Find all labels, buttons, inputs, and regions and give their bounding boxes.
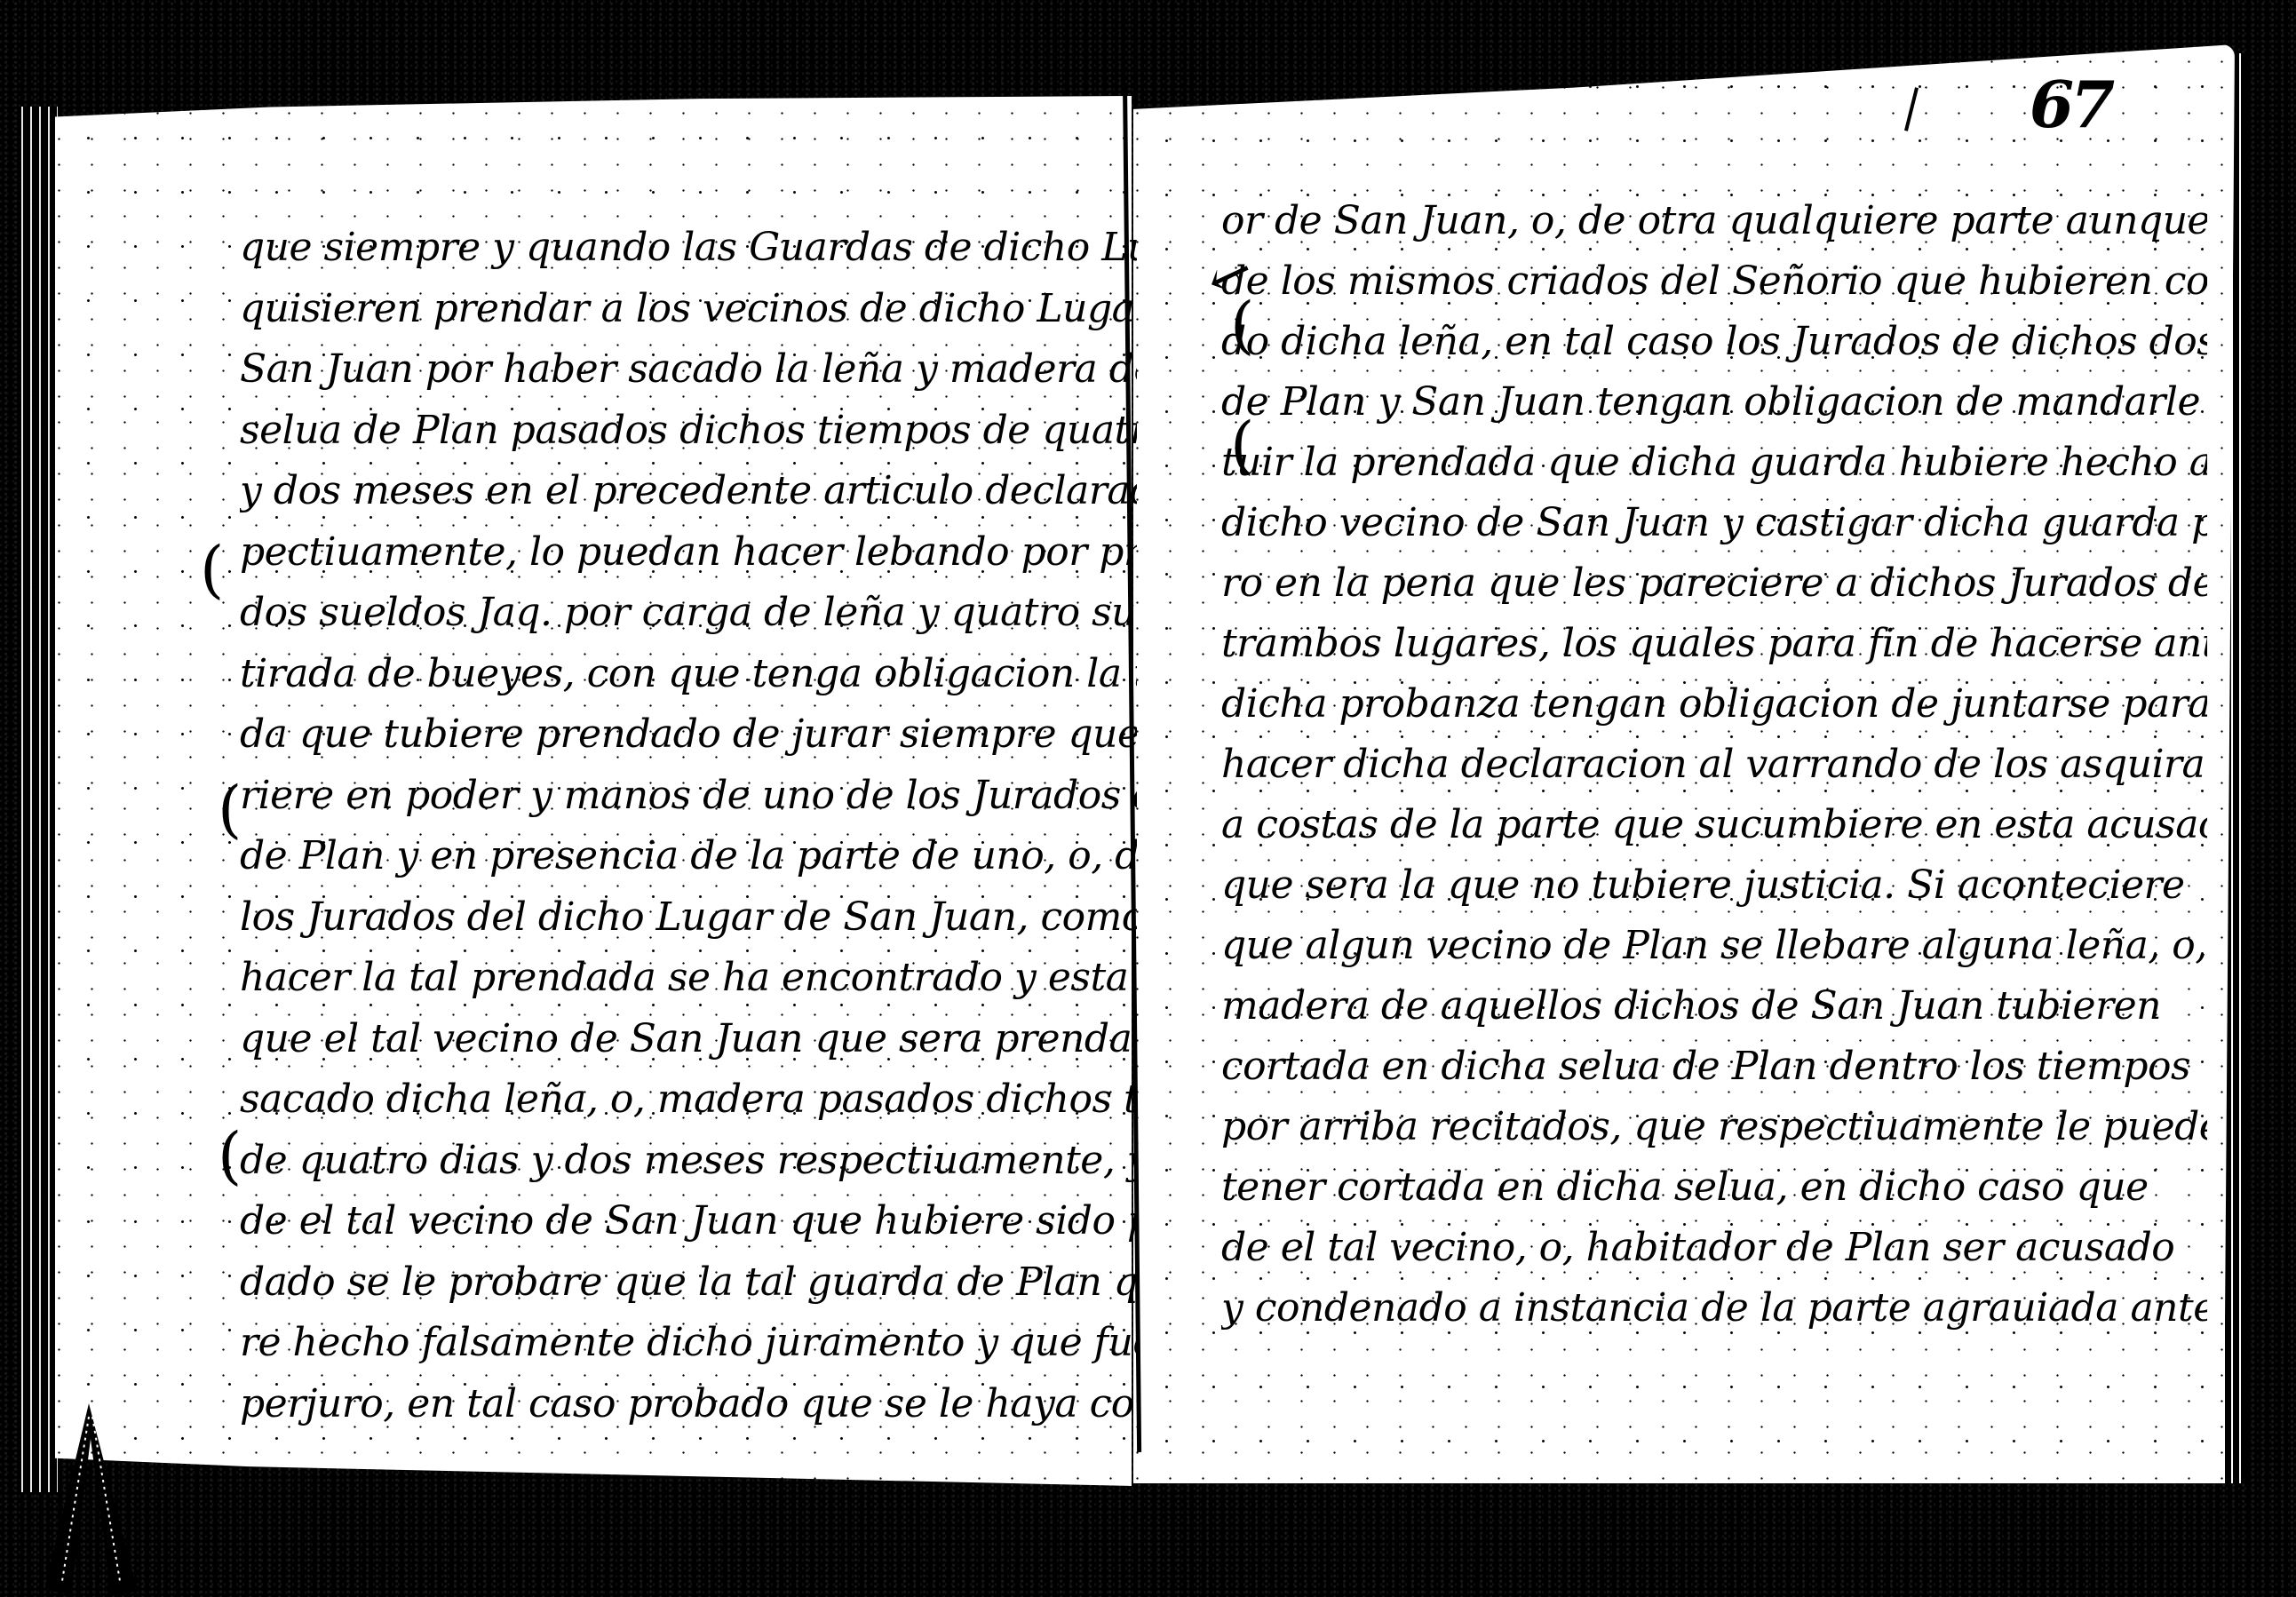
manuscript-line: dado se le probare que la tal guarda de … — [240, 1252, 1137, 1314]
manuscript-line: a costas de la parte que sucumbiere en e… — [1221, 795, 2207, 855]
manuscript-line: de Plan y en presencia de la parte de un… — [240, 826, 1137, 887]
manuscript-line: hacer dicha declaracion al varrando de l… — [1221, 735, 2207, 795]
manuscript-line: que siempre y quando las Guardas de dich… — [240, 218, 1137, 279]
manuscript-line: quisieren prendar a los vecinos de dicho… — [240, 279, 1137, 340]
manuscript-line: por arriba recitados, que respectiuament… — [1221, 1097, 2207, 1157]
manuscript-line: tirada de bueyes, con que tenga obligaci… — [240, 644, 1137, 705]
manuscript-line: re hecho falsamente dicho juramento y qu… — [240, 1313, 1137, 1374]
margin-brace: ( — [218, 1119, 242, 1192]
manuscript-line: y condenado a instancia de la parte agra… — [1221, 1278, 2207, 1339]
right-page-text: or de San Juan, o, de otra qualquiere pa… — [1221, 191, 2207, 1339]
book-edge-left — [18, 107, 58, 1492]
manuscript-line: dos sueldos Jaq. por carga de leña y qua… — [240, 583, 1137, 644]
manuscript-line: ro en la pena que les pareciere a dichos… — [1221, 553, 2207, 614]
manuscript-line: de el tal vecino de San Juan que hubiere… — [240, 1191, 1137, 1252]
page-number: 67 — [2030, 67, 2111, 142]
manuscript-line: hacer la tal prendada se ha encontrado y… — [240, 948, 1137, 1009]
manuscript-line: tuir la prendada que dicha guarda hubier… — [1221, 433, 2207, 493]
manuscript-line: y dos meses en el precedente articulo de… — [240, 461, 1137, 522]
manuscript-line: dicha probanza tengan obligacion de junt… — [1221, 674, 2207, 735]
manuscript-line: que el tal vecino de San Juan que sera p… — [240, 1009, 1137, 1070]
manuscript-line: de Plan y San Juan tengan obligacion de … — [1221, 372, 2207, 433]
manuscript-line: trambos lugares, los quales para fin de … — [1221, 614, 2207, 674]
manuscript-line: pectiuamente, lo puedan hacer lebando po… — [240, 522, 1137, 584]
manuscript-line: que sera la que no tubiere justicia. Si … — [1221, 855, 2207, 916]
manuscript-line: cortada en dicha selua de Plan dentro lo… — [1221, 1037, 2207, 1097]
margin-brace: ( — [218, 773, 242, 846]
manuscript-line: dicho vecino de San Juan y castigar dich… — [1221, 493, 2207, 553]
manuscript-line: de los mismos criados del Señorio que hu… — [1221, 251, 2207, 312]
manuscript-line: que algun vecino de Plan se llebare algu… — [1221, 916, 2207, 976]
manuscript-line: da que tubiere prendado de jurar siempre… — [240, 704, 1137, 766]
manuscript-line: perjuro, en tal caso probado que se le h… — [240, 1374, 1137, 1435]
manuscript-line: de quatro dias y dos meses respectiuamen… — [240, 1131, 1137, 1192]
manuscript-line: sacado dicha leña, o, madera pasados dic… — [240, 1069, 1137, 1131]
manuscript-line: de el tal vecino, o, habitador de Plan s… — [1221, 1218, 2207, 1278]
manuscript-line: madera de aquellos dichos de San Juan tu… — [1221, 976, 2207, 1037]
manuscript-line: tener cortada en dicha selua, en dicho c… — [1221, 1157, 2207, 1218]
manuscript-line: riere en poder y manos de uno de los Jur… — [240, 766, 1137, 827]
manuscript-line: or de San Juan, o, de otra qualquiere pa… — [1221, 191, 2207, 251]
manuscript-line: do dicha leña, en tal caso los Jurados d… — [1221, 312, 2207, 372]
manuscript-line: San Juan por haber sacado la leña y made… — [240, 339, 1137, 401]
left-page-text: que siempre y quando las Guardas de dich… — [240, 218, 1137, 1434]
manuscript-line: los Jurados del dicho Lugar de San Juan,… — [240, 887, 1137, 949]
manuscript-line: selua de Plan pasados dichos tiempos de … — [240, 401, 1137, 462]
margin-brace: ( — [200, 533, 224, 606]
bookmark-ribbon-icon — [36, 1403, 142, 1597]
